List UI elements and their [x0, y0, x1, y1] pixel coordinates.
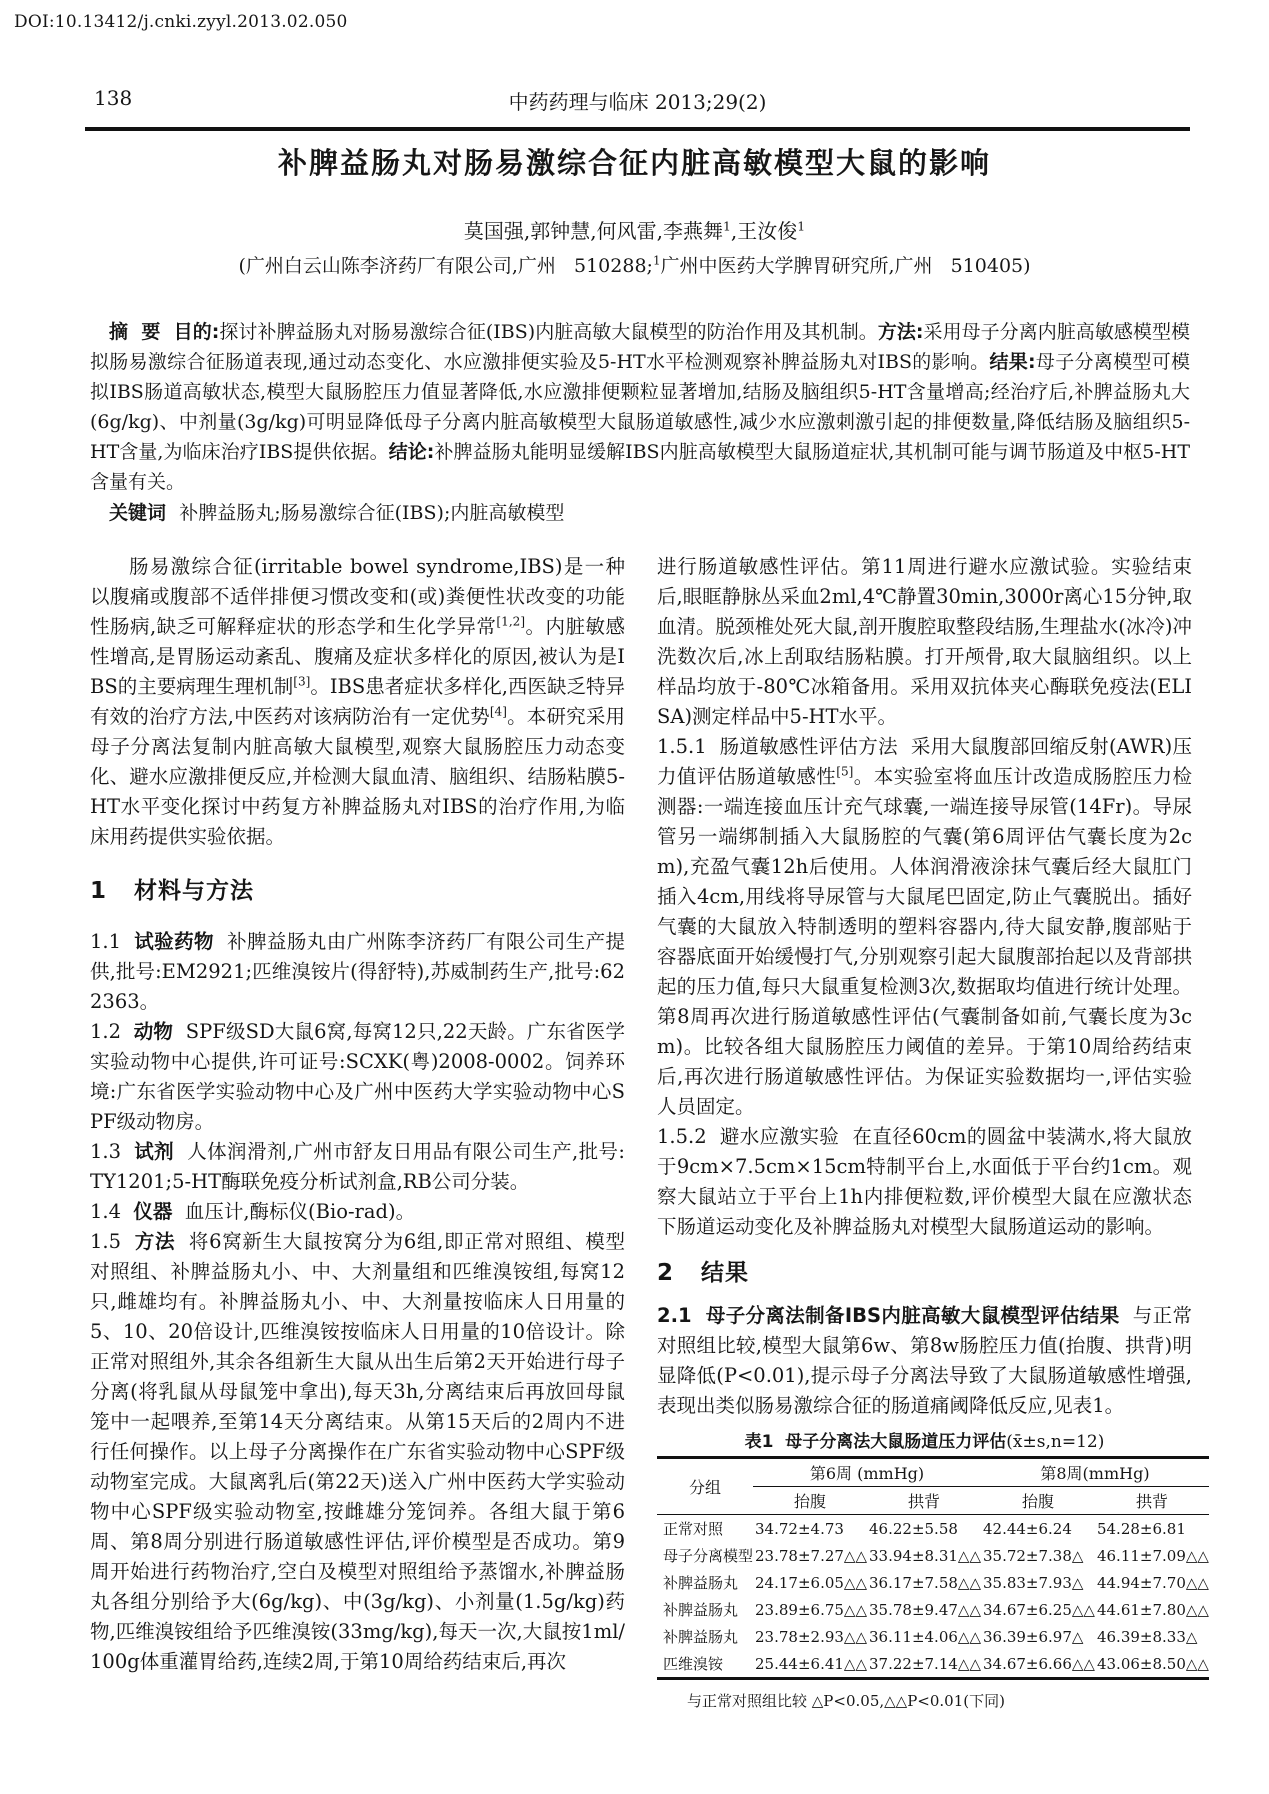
table-group-header: 分组 — [657, 1458, 753, 1515]
table-row-group: 补脾益肠丸 — [657, 1596, 753, 1623]
abstract-paragraph: 摘 要 目的:探讨补脾益肠丸对肠易激综合征(IBS)内脏高敏大鼠模型的防治作用及… — [90, 317, 1190, 497]
table-cell-value: 35.72±7.38△ — [981, 1542, 1095, 1569]
left-column: 肠易激综合征(irritable bowel syndrome,IBS)是一种以… — [90, 552, 625, 1711]
table-row: 匹维溴铵25.44±6.41△△37.22±7.14△△34.67±6.66△△… — [657, 1650, 1209, 1679]
table-cell-value: 25.44±6.41△△ — [753, 1650, 867, 1679]
affiliation-line: (广州白云山陈李济药厂有限公司,广州 510288;1广州中医药大学脾胃研究所,… — [0, 251, 1269, 278]
paragraph-1-5-continuation: 进行肠道敏感性评估。第11周进行避水应激试验。实验结束后,眼眶静脉丛采血2ml,… — [657, 552, 1192, 732]
table-cell-value: 44.94±7.70△△ — [1095, 1569, 1209, 1596]
paragraph-1-5: 1.5 方法 将6窝新生大鼠按窝分为6组,即正常对照组、模型对照组、补脾益肠丸小… — [90, 1227, 625, 1677]
scanned-paper-page: { "doi": "DOI:10.13412/j.cnki.zyyl.2013.… — [0, 0, 1269, 1794]
table-cell-value: 46.39±8.33△ — [1095, 1623, 1209, 1650]
table-cell-value: 35.78±9.47△△ — [867, 1596, 981, 1623]
article-title: 补脾益肠丸对肠易激综合征内脏高敏模型大鼠的影响 — [0, 141, 1269, 182]
table-cell-value: 36.11±4.06△△ — [867, 1623, 981, 1650]
table-row: 正常对照34.72±4.7346.22±5.5842.44±6.2454.28±… — [657, 1515, 1209, 1543]
table-cell-value: 42.44±6.24 — [981, 1515, 1095, 1543]
paragraph-1-5-1: 1.5.1 肠道敏感性评估方法 采用大鼠腹部回缩反射(AWR)压力值评估肠道敏感… — [657, 732, 1192, 1122]
table-row-group: 补脾益肠丸 — [657, 1569, 753, 1596]
doi-text: DOI:10.13412/j.cnki.zyyl.2013.02.050 — [14, 12, 348, 32]
table-cell-value: 44.61±7.80△△ — [1095, 1596, 1209, 1623]
body-columns: 肠易激综合征(irritable bowel syndrome,IBS)是一种以… — [90, 552, 1192, 1711]
table-cell-value: 23.78±7.27△△ — [753, 1542, 867, 1569]
table-sub-header-2: 拱背 — [867, 1487, 981, 1515]
paragraph-1-4: 1.4 仪器 血压计,酶标仪(Bio-rad)。 — [90, 1197, 625, 1227]
table-cell-value: 36.17±7.58△△ — [867, 1569, 981, 1596]
journal-title: 中药药理与临床 2013;29(2) — [90, 86, 1185, 115]
table-row: 母子分离模型23.78±7.27△△33.94±8.31△△35.72±7.38… — [657, 1542, 1209, 1569]
table-cell-value: 46.11±7.09△△ — [1095, 1542, 1209, 1569]
table-sub-header-1: 抬腹 — [753, 1487, 867, 1515]
table-cell-value: 23.89±6.75△△ — [753, 1596, 867, 1623]
header-rule — [85, 127, 1190, 131]
paragraph-1-5-2: 1.5.2 避水应激实验 在直径60cm的圆盆中装满水,将大鼠放于9cm×7.5… — [657, 1122, 1192, 1242]
table-sub-header-3: 抬腹 — [981, 1487, 1095, 1515]
keywords-line: 关键词 补脾益肠丸;肠易激综合征(IBS);内脏高敏模型 — [90, 498, 1190, 528]
table-cell-value: 35.83±7.93△ — [981, 1569, 1095, 1596]
paragraph-1-1: 1.1 试验药物 补脾益肠丸由广州陈李济药厂有限公司生产提供,批号:EM2921… — [90, 927, 625, 1017]
table-span-header-2: 第8周(mmHg) — [981, 1458, 1209, 1487]
table-row-group: 母子分离模型 — [657, 1542, 753, 1569]
table-cell-value: 43.06±8.50△△ — [1095, 1650, 1209, 1679]
authors-line: 莫国强,郭钟慧,何风雷,李燕舞1,王汝俊1 — [0, 215, 1269, 244]
paragraph-1-3: 1.3 试剂 人体润滑剂,广州市舒友日用品有限公司生产,批号:TY1201;5-… — [90, 1137, 625, 1197]
table-row: 补脾益肠丸23.89±6.75△△35.78±9.47△△34.67±6.25△… — [657, 1596, 1209, 1623]
table-cell-value: 34.67±6.25△△ — [981, 1596, 1095, 1623]
intro-paragraph: 肠易激综合征(irritable bowel syndrome,IBS)是一种以… — [90, 552, 625, 852]
table-cell-value: 23.78±2.93△△ — [753, 1623, 867, 1650]
right-column: 进行肠道敏感性评估。第11周进行避水应激试验。实验结束后,眼眶静脉丛采血2ml,… — [657, 552, 1192, 1711]
paragraph-1-2: 1.2 动物 SPF级SD大鼠6窝,每窝12只,22天龄。广东省医学实验动物中心… — [90, 1017, 625, 1137]
page-number: 138 — [94, 86, 132, 110]
page-header: 138 中药药理与临床 2013;29(2) — [90, 86, 1185, 112]
table-1-head: 分组第6周 (mmHg)第8周(mmHg)抬腹拱背抬腹拱背 — [657, 1458, 1209, 1515]
paragraph-2-1: 2.1 母子分离法制备IBS内脏高敏大鼠模型评估结果 与正常对照组比较,模型大鼠… — [657, 1301, 1192, 1421]
section-2-heading: 2 结果 — [657, 1254, 1192, 1287]
table-row: 补脾益肠丸23.78±2.93△△36.11±4.06△△36.39±6.97△… — [657, 1623, 1209, 1650]
table-span-header-1: 第6周 (mmHg) — [753, 1458, 981, 1487]
table-1-body: 正常对照34.72±4.7346.22±5.5842.44±6.2454.28±… — [657, 1515, 1209, 1679]
table-cell-value: 34.67±6.66△△ — [981, 1650, 1095, 1679]
table-row-group: 正常对照 — [657, 1515, 753, 1543]
table-cell-value: 36.39±6.97△ — [981, 1623, 1095, 1650]
table-cell-value: 34.72±4.73 — [753, 1515, 867, 1543]
table-row-group: 补脾益肠丸 — [657, 1623, 753, 1650]
table-1-caption: 表1 母子分离法大鼠肠道压力评估(x̄±s,n=12) — [657, 1427, 1192, 1452]
table-1-footnote: 与正常对照组比较 △P<0.05,△△P<0.01(下同) — [657, 1690, 1192, 1711]
table-1: 分组第6周 (mmHg)第8周(mmHg)抬腹拱背抬腹拱背 正常对照34.72±… — [657, 1456, 1209, 1680]
table-cell-value: 33.94±8.31△△ — [867, 1542, 981, 1569]
table-cell-value: 24.17±6.05△△ — [753, 1569, 867, 1596]
table-cell-value: 37.22±7.14△△ — [867, 1650, 981, 1679]
table-cell-value: 54.28±6.81 — [1095, 1515, 1209, 1543]
table-row-group: 匹维溴铵 — [657, 1650, 753, 1679]
section-1-heading: 1 材料与方法 — [90, 872, 625, 905]
table-cell-value: 46.22±5.58 — [867, 1515, 981, 1543]
table-sub-header-4: 拱背 — [1095, 1487, 1209, 1515]
table-row: 补脾益肠丸24.17±6.05△△36.17±7.58△△35.83±7.93△… — [657, 1569, 1209, 1596]
